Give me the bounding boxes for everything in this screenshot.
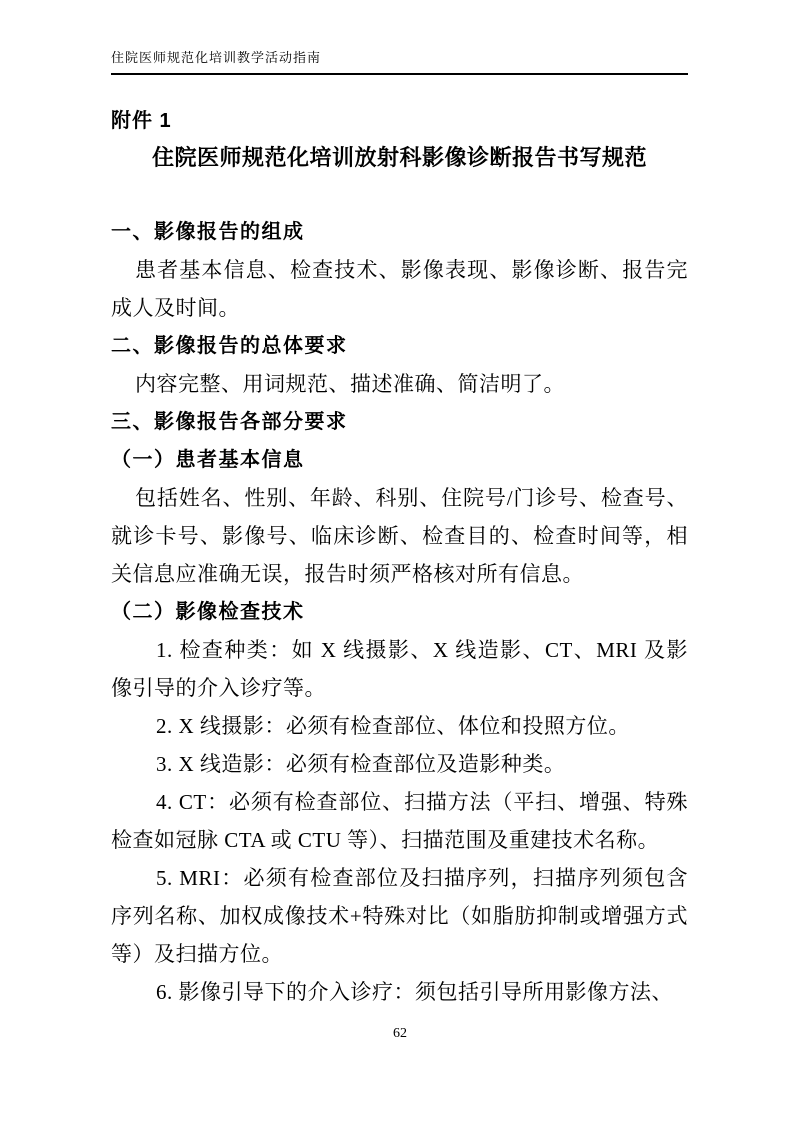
paragraph-patient-info: 包括姓名、性别、年龄、科别、住院号/门诊号、检查号、就诊卡号、影像号、临床诊断、…	[111, 479, 688, 593]
attachment-label: 附件 1	[111, 109, 688, 133]
subsection-heading-patient-info: （一）患者基本信息	[111, 441, 688, 479]
paragraph-overall-requirements: 内容完整、用词规范、描述准确、简洁明了。	[111, 365, 688, 403]
numbered-item-1: 1. 检查种类：如 X 线摄影、X 线造影、CT、MRI 及影像引导的介入诊疗等…	[111, 631, 688, 707]
section-heading-1: 一、影像报告的组成	[111, 213, 688, 251]
page-number: 62	[0, 1026, 800, 1042]
numbered-item-2: 2. X 线摄影：必须有检查部位、体位和投照方位。	[111, 707, 688, 745]
subsection-heading-exam-technique: （二）影像检查技术	[111, 593, 688, 631]
numbered-item-6: 6. 影像引导下的介入诊疗：须包括引导所用影像方法、	[111, 973, 688, 1011]
numbered-item-5: 5. MRI：必须有检查部位及扫描序列，扫描序列须包含序列名称、加权成像技术+特…	[111, 859, 688, 973]
document-body: 一、影像报告的组成 患者基本信息、检查技术、影像表现、影像诊断、报告完成人及时间…	[111, 213, 688, 1011]
paragraph-report-composition: 患者基本信息、检查技术、影像表现、影像诊断、报告完成人及时间。	[111, 251, 688, 327]
running-head: 住院医师规范化培训教学活动指南	[111, 50, 688, 75]
document-title: 住院医师规范化培训放射科影像诊断报告书写规范	[111, 143, 688, 173]
numbered-item-3: 3. X 线造影：必须有检查部位及造影种类。	[111, 745, 688, 783]
numbered-item-4: 4. CT：必须有检查部位、扫描方法（平扫、增强、特殊检查如冠脉 CTA 或 C…	[111, 783, 688, 859]
section-heading-2: 二、影像报告的总体要求	[111, 327, 688, 365]
section-heading-3: 三、影像报告各部分要求	[111, 403, 688, 441]
page-content: 住院医师规范化培训教学活动指南 附件 1 住院医师规范化培训放射科影像诊断报告书…	[111, 0, 688, 1011]
document-page: 住院医师规范化培训教学活动指南 附件 1 住院医师规范化培训放射科影像诊断报告书…	[0, 0, 800, 1131]
